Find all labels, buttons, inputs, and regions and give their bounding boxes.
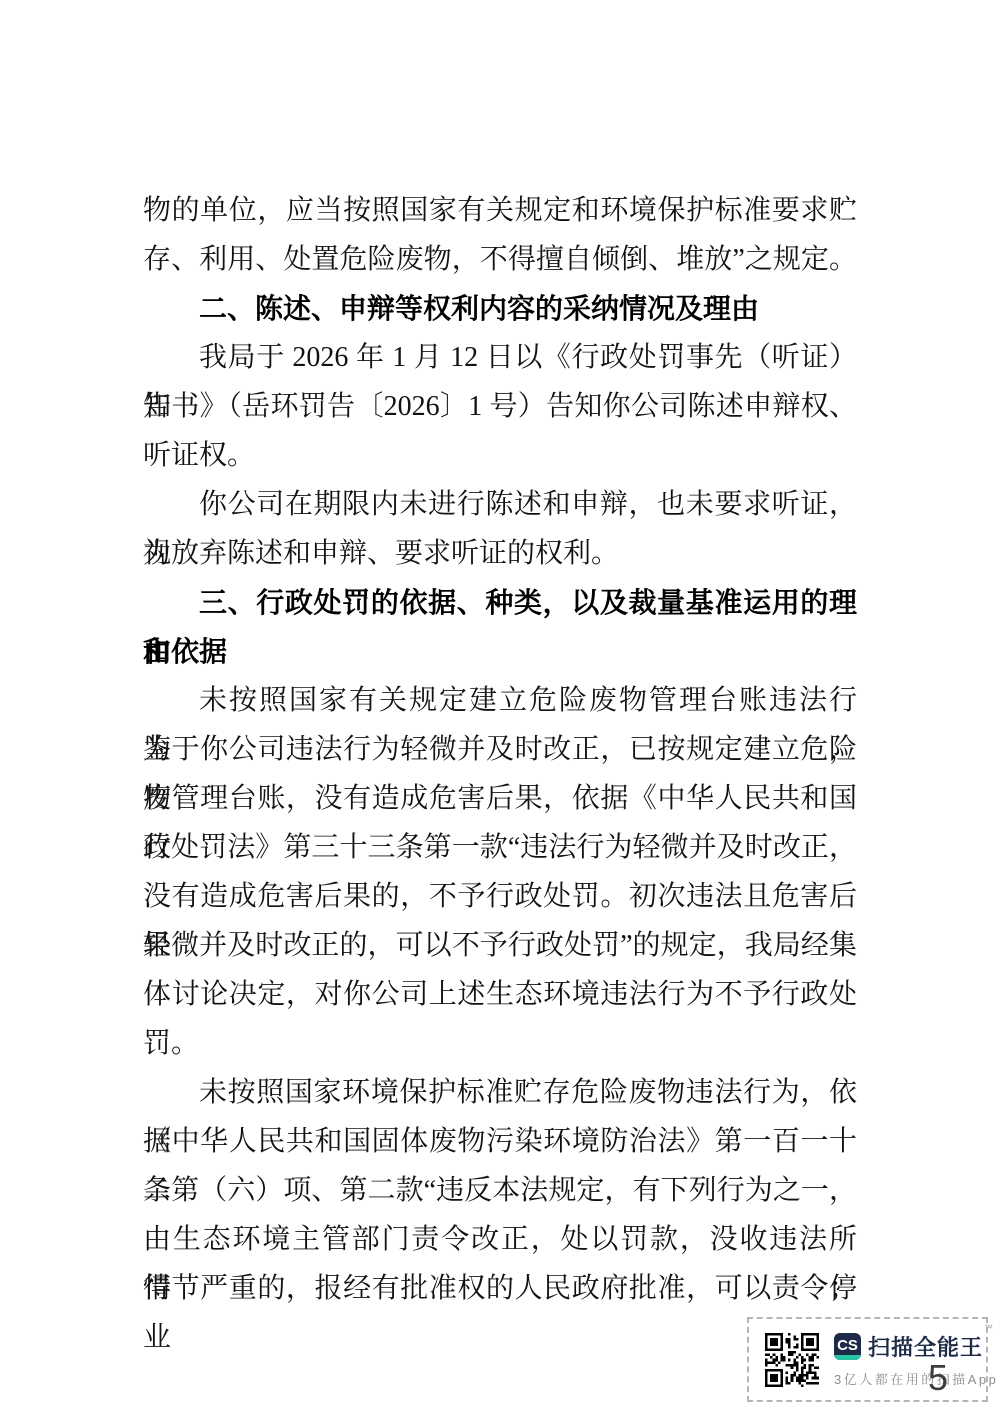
camscanner-logo-text: CS	[837, 1338, 858, 1353]
text-line: 政处罚法》第三十三条第一款“违法行为轻微并及时改正，	[143, 823, 857, 872]
heading-line: 和依据	[143, 627, 857, 676]
text-line: 轻微并及时改正的，可以不予行政处罚”的规定，我局经集	[143, 921, 857, 970]
text-line: 《中华人民共和国固体废物污染环境防治法》第一百一十二	[143, 1117, 857, 1166]
text-line: 未按照国家环境保护标准贮存危险废物违法行为，依据	[143, 1068, 857, 1117]
text-line: 由生态环境主管部门责令改正，处以罚款，没收违法所得；	[143, 1215, 857, 1264]
document-page: 物的单位，应当按照国家有关规定和环境保护标准要求贮存、利用、处置危险废物，不得擅…	[0, 0, 1000, 1415]
text-line: 鉴于你公司违法行为轻微并及时改正，已按规定建立危险废	[143, 725, 857, 774]
text-line: 听证权。	[143, 431, 857, 480]
text-line: 知书》（岳环罚告〔2026〕1 号）告知你公司陈述申辩权、	[143, 382, 857, 431]
text-line: 条第（六）项、第二款“违反本法规定，有下列行为之一，	[143, 1166, 857, 1215]
text-line: 未按照国家有关规定建立危险废物管理台账违法行为，	[143, 676, 857, 725]
text-line: 情节严重的，报经有批准权的人民政府批准，可以责令停业	[143, 1264, 857, 1313]
watermark-text-block: CS 扫描全能王™ 3亿人都在用的扫描App	[834, 1331, 998, 1388]
text-line: 物管理台账，没有造成危害后果，依据《中华人民共和国行	[143, 774, 857, 823]
trademark-symbol: ™	[984, 1323, 994, 1333]
page-number: 5	[928, 1360, 948, 1396]
heading-line: 二、陈述、申辩等权利内容的采纳情况及理由	[143, 284, 857, 333]
camscanner-logo-icon: CS	[834, 1333, 861, 1360]
text-line: 罚。	[143, 1019, 857, 1068]
text-line: 你公司在期限内未进行陈述和申辩，也未要求听证，视	[143, 480, 857, 529]
document-text: 物的单位，应当按照国家有关规定和环境保护标准要求贮存、利用、处置危险废物，不得擅…	[143, 186, 857, 1313]
camscanner-watermark: CS 扫描全能王™ 3亿人都在用的扫描App	[747, 1317, 988, 1402]
heading-line: 三、行政处罚的依据、种类，以及裁量基准运用的理由	[143, 578, 857, 627]
watermark-tagline: 3亿人都在用的扫描App	[834, 1369, 998, 1388]
text-line: 我局于 2026 年 1 月 12 日以《行政处罚事先（听证）告	[143, 333, 857, 382]
text-line: 没有造成危害后果的，不予行政处罚。初次违法且危害后果	[143, 872, 857, 921]
text-line: 物的单位，应当按照国家有关规定和环境保护标准要求贮	[143, 186, 857, 235]
qr-code-icon	[763, 1331, 821, 1389]
text-line: 存、利用、处置危险废物，不得擅自倾倒、堆放”之规定。	[143, 235, 857, 284]
text-line: 为放弃陈述和申辩、要求听证的权利。	[143, 529, 857, 578]
text-line: 体讨论决定，对你公司上述生态环境违法行为不予行政处	[143, 970, 857, 1019]
